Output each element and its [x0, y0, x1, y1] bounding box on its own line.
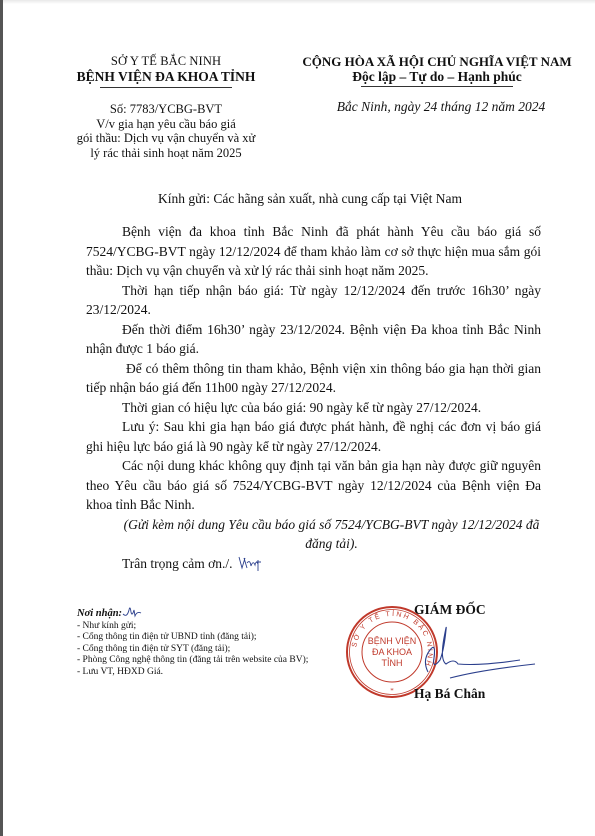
paragraph-1: Bệnh viện đa khoa tỉnh Bắc Ninh đã phát … [86, 222, 541, 281]
closing-text: Trân trọng cảm ơn./. [122, 556, 233, 571]
stamp-line-1: BỆNH VIỆN [368, 636, 417, 646]
paragraph-6: Lưu ý: Sau khi gia hạn báo giá được phát… [86, 417, 541, 456]
paragraph-5: Thời gian có hiệu lực của báo giá: 90 ng… [86, 398, 541, 418]
stamp-line-3: TỈNH [382, 657, 403, 668]
distribution-item: - Cổng thông tin điện tử UBND tỉnh (đăng… [77, 632, 377, 644]
paragraph-4: Để có thêm thông tin tham khảo, Bệnh việ… [86, 359, 541, 398]
issuing-agency: BỆNH VIỆN ĐA KHOA TỈNH [66, 69, 266, 84]
recipient-line: Kính gửi: Các hãng sản xuất, nhà cung cấ… [60, 191, 560, 207]
document-number: Số: 7783/YCBG-BVT [66, 102, 266, 117]
distribution-item: - Lưu VT, HĐXD Giá. [77, 667, 377, 679]
distribution-title-row: Nơi nhận: [77, 604, 377, 621]
distribution-item: - Như kính gửi; [77, 621, 377, 633]
subject-line-2: gói thầu: Dịch vụ vận chuyển và xử [66, 131, 266, 146]
attachment-note: (Gửi kèm nội dung Yêu cầu báo giá số 752… [86, 515, 541, 554]
national-motto: Độc lập – Tự do – Hạnh phúc [287, 69, 587, 85]
viewer-left-edge [0, 0, 3, 836]
agency-underline [100, 87, 232, 88]
document-body: Bệnh viện đa khoa tỉnh Bắc Ninh đã phát … [86, 222, 541, 573]
subject-line-1: V/v gia hạn yêu cầu báo giá [66, 117, 266, 132]
parent-agency: SỞ Y TẾ BẮC NINH [66, 54, 266, 69]
closing-line: Trân trọng cảm ơn./. [86, 554, 541, 574]
place-date: Bắc Ninh, ngày 24 tháng 12 năm 2024 [295, 99, 587, 115]
signer-title: GIÁM ĐỐC [414, 602, 486, 618]
stamp-line-2: ĐA KHOA [372, 647, 412, 657]
page-top-shade [0, 0, 595, 4]
initials-signature-icon [237, 554, 263, 572]
paragraph-7: Các nội dung khác không quy định tại văn… [86, 456, 541, 515]
national-header-block: CỘNG HÒA XÃ HỘI CHỦ NGHĨA VIỆT NAM Độc l… [287, 54, 587, 115]
national-title: CỘNG HÒA XÃ HỘI CHỦ NGHĨA VIỆT NAM [287, 54, 587, 69]
signer-name: Hạ Bá Chân [414, 686, 485, 702]
svg-text:*: * [390, 687, 394, 695]
distribution-list: Nơi nhận: - Như kính gửi; - Cổng thông t… [77, 604, 377, 678]
director-signature-icon [420, 620, 540, 690]
subject-line-3: lý rác thải sinh hoạt năm 2025 [66, 146, 266, 161]
distribution-item: - Cổng thông tin điện tử SYT (đăng tải); [77, 644, 377, 656]
distribution-title: Nơi nhận: [77, 608, 122, 619]
issuing-agency-block: SỞ Y TẾ BẮC NINH BỆNH VIỆN ĐA KHOA TỈNH … [66, 54, 266, 160]
distribution-item: - Phòng Công nghệ thông tin (đăng tải tr… [77, 655, 377, 667]
paragraph-2: Thời hạn tiếp nhận báo giá: Từ ngày 12/1… [86, 281, 541, 320]
paragraph-3: Đến thời điểm 16h30’ ngày 23/12/2024. Bệ… [86, 320, 541, 359]
initials-mark-icon [122, 604, 142, 618]
motto-underline [361, 86, 513, 87]
